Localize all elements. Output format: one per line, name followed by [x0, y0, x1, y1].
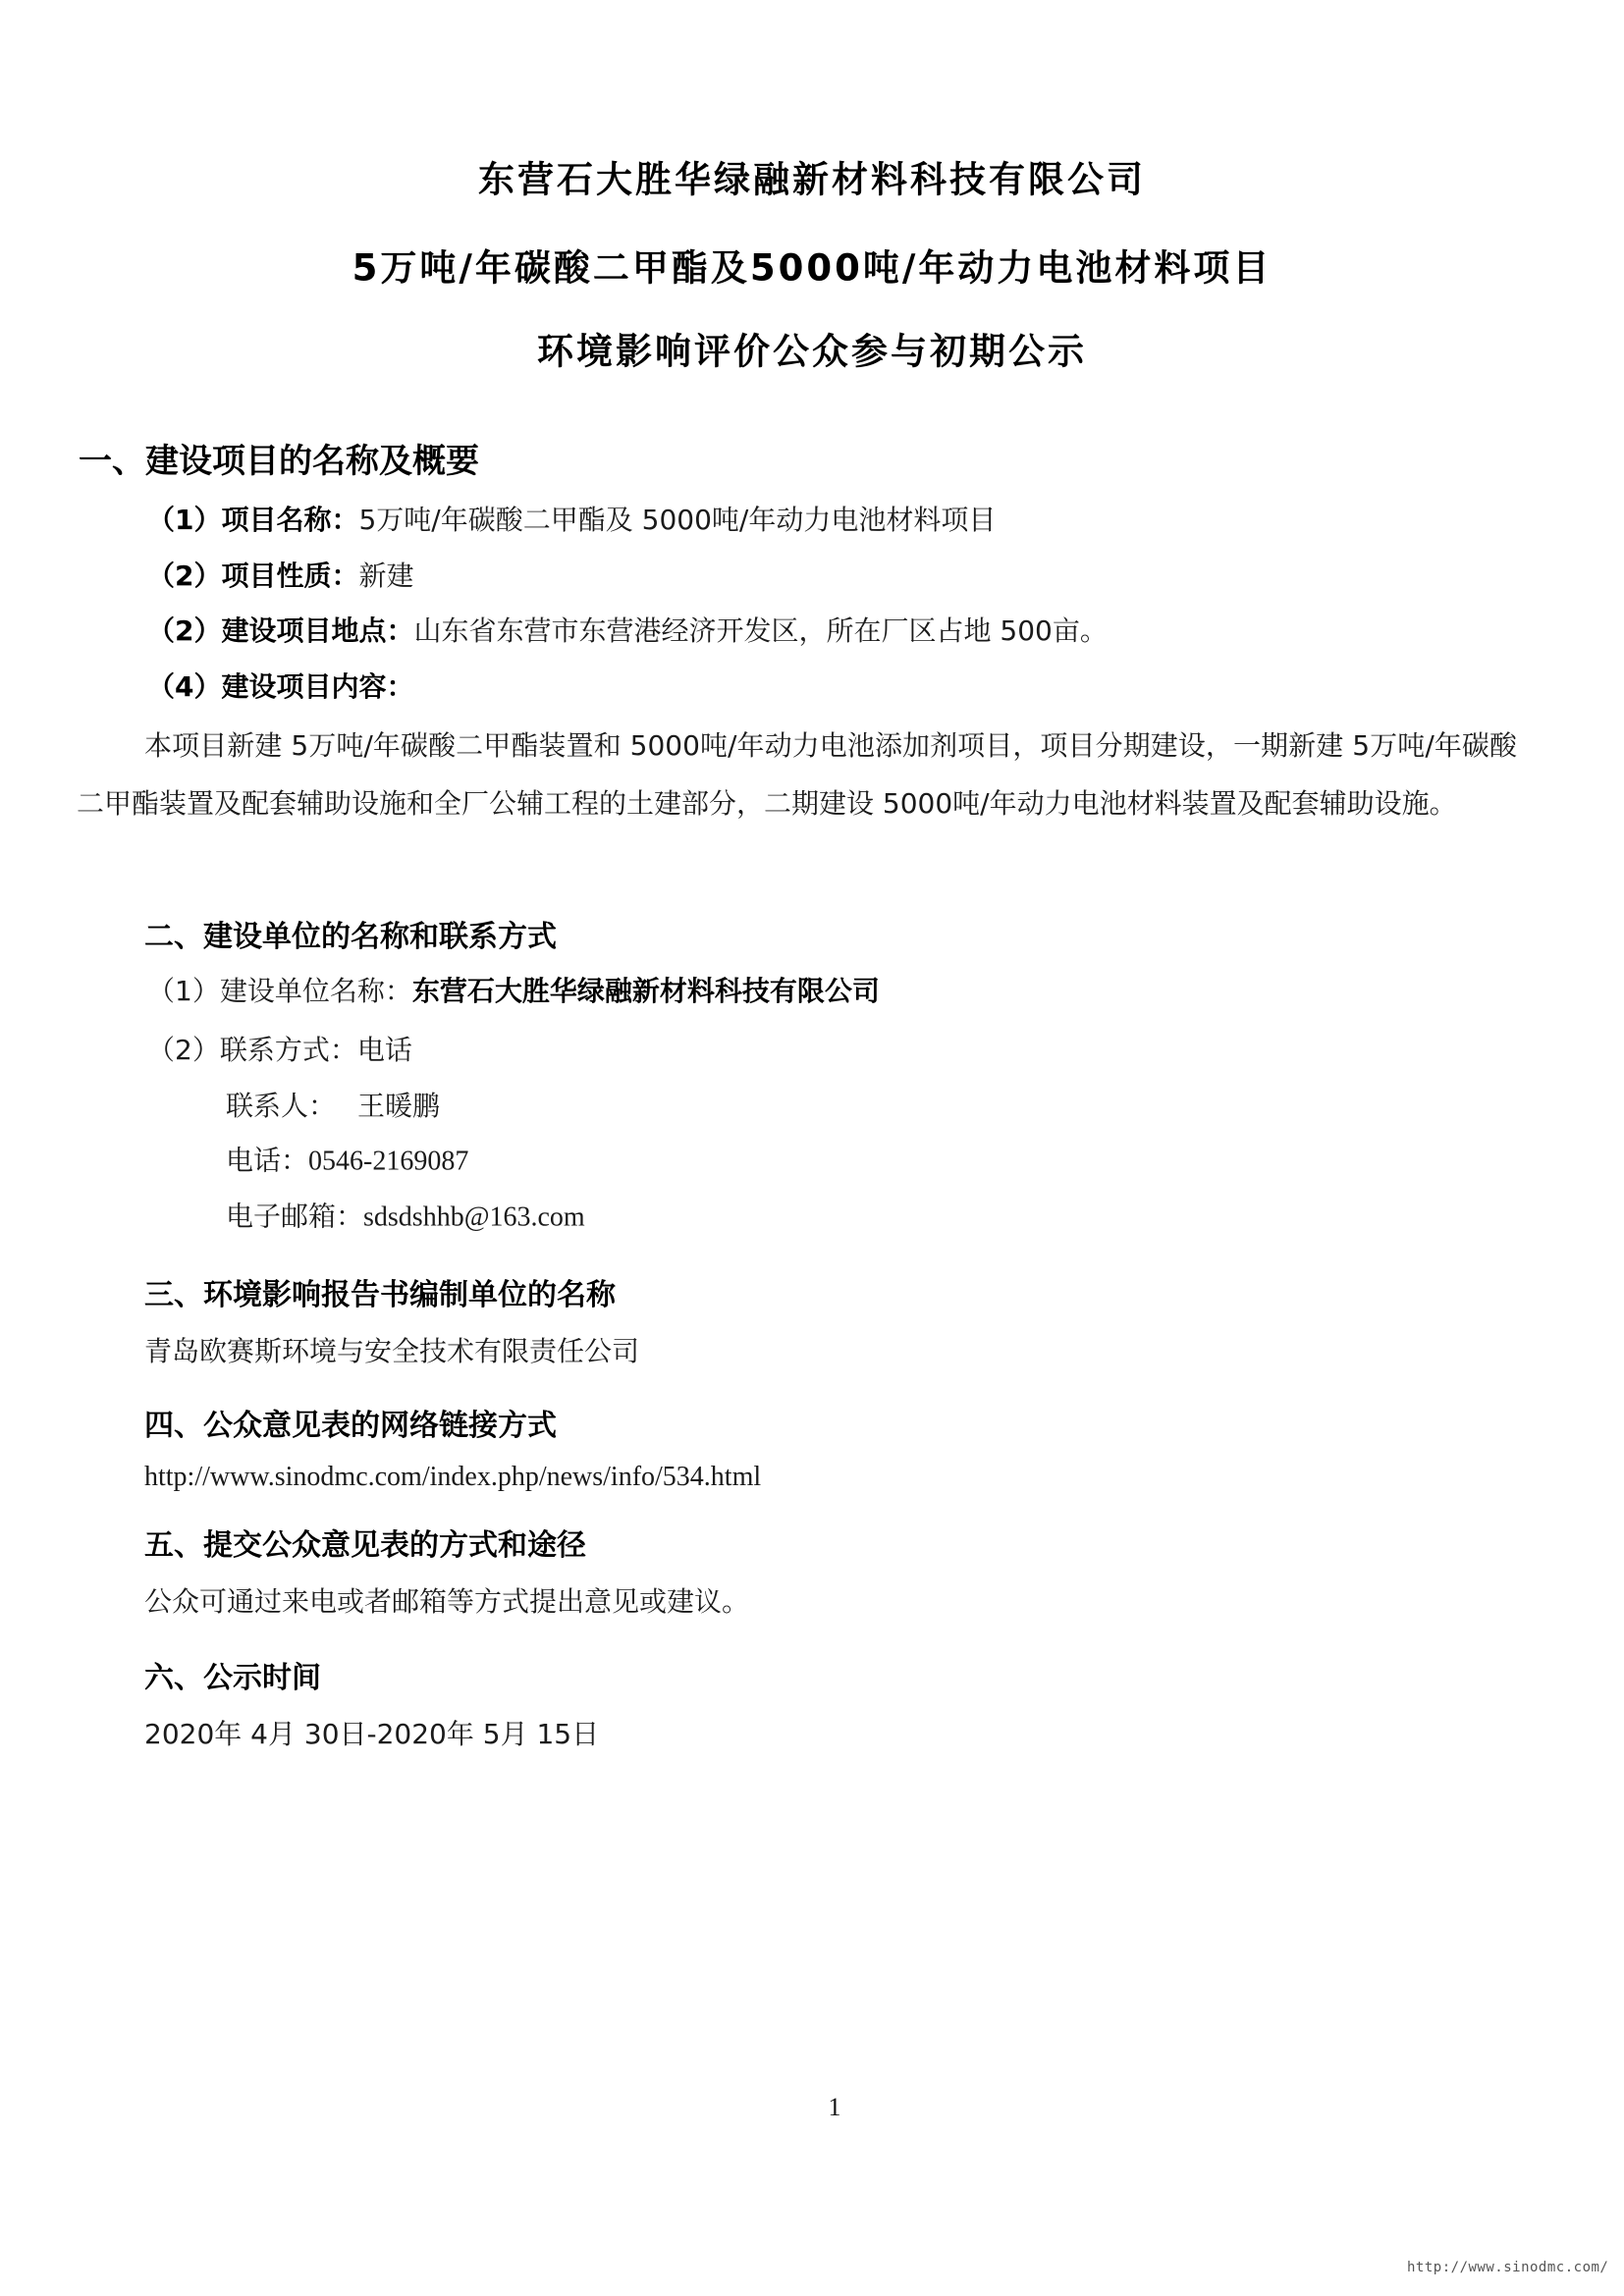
section-1-heading: 一、建设项目的名称及概要: [79, 445, 479, 478]
contact-person-label: 联系人：: [226, 1090, 336, 1122]
document-title: 环境影响评价公众参与初期公示: [0, 334, 1624, 370]
project-nature-row: （2）项目性质：新建: [147, 562, 414, 590]
publicity-period: 2020年 4月 30日-2020年 5月 15日: [144, 1721, 599, 1748]
email-label: 电子邮箱：: [226, 1201, 363, 1233]
unit-name-value: 东营石大胜华绿融新材料科技有限公司: [412, 975, 880, 1007]
project-content-row: （4）建设项目内容：: [147, 673, 413, 701]
email-row: 电子邮箱：sdsdshhb@163.com: [226, 1203, 585, 1232]
company-title: 东营石大胜华绿融新材料科技有限公司: [0, 162, 1624, 198]
report-unit-name: 青岛欧赛斯环境与安全技术有限责任公司: [144, 1338, 639, 1365]
phone-label: 电话：: [226, 1145, 308, 1177]
project-name-row: （1）项目名称：5万吨/年碳酸二甲酯及 5000吨/年动力电池材料项目: [147, 507, 996, 534]
feedback-form-link[interactable]: http://www.sinodmc.com/index.php/news/in…: [144, 1464, 761, 1491]
page-number: 1: [0, 2095, 1624, 2120]
contact-method-label: （2）联系方式：: [147, 1034, 357, 1066]
email-value[interactable]: sdsdshhb@163.com: [363, 1202, 585, 1233]
watermark-url: http://www.sinodmc.com/: [1407, 2261, 1608, 2274]
project-name-label: （1）项目名称：: [147, 504, 358, 536]
project-content-paragraph: 本项目新建 5万吨/年碳酸二甲酯装置和 5000吨/年动力电池添加剂项目，项目分…: [77, 718, 1517, 832]
section-3-heading: 三、环境影响报告书编制单位的名称: [144, 1281, 616, 1310]
contact-method-row: （2）联系方式：电话: [147, 1037, 412, 1064]
submission-method-text: 公众可通过来电或者邮箱等方式提出意见或建议。: [144, 1588, 749, 1616]
project-title: 5万吨/年碳酸二甲酯及5000吨/年动力电池材料项目: [0, 250, 1624, 287]
contact-method-value: 电话: [357, 1034, 412, 1066]
unit-name-row: （1）建设单位名称：东营石大胜华绿融新材料科技有限公司: [147, 978, 880, 1005]
section-5-heading: 五、提交公众意见表的方式和途径: [144, 1531, 586, 1561]
project-nature-label: （2）项目性质：: [147, 560, 358, 592]
project-location-row: （2）建设项目地点：山东省东营市东营港经济开发区，所在厂区占地 500亩。: [147, 617, 1108, 645]
section-2-heading: 二、建设单位的名称和联系方式: [144, 923, 557, 952]
project-name-value: 5万吨/年碳酸二甲酯及 5000吨/年动力电池材料项目: [358, 504, 996, 536]
project-location-value: 山东省东营市东营港经济开发区，所在厂区占地 500亩。: [413, 614, 1107, 647]
contact-person-row: 联系人：王暖鹏: [226, 1093, 440, 1120]
section-4-heading: 四、公众意见表的网络链接方式: [144, 1412, 557, 1441]
unit-name-label: （1）建设单位名称：: [147, 975, 412, 1007]
section-6-heading: 六、公示时间: [144, 1664, 321, 1693]
phone-value[interactable]: 0546-2169087: [308, 1147, 468, 1177]
phone-row: 电话：0546-2169087: [226, 1148, 468, 1176]
project-nature-value: 新建: [358, 560, 413, 592]
project-content-label: （4）建设项目内容：: [147, 670, 413, 703]
project-location-label: （2）建设项目地点：: [147, 614, 413, 647]
contact-person-value: 王暖鹏: [357, 1090, 440, 1122]
